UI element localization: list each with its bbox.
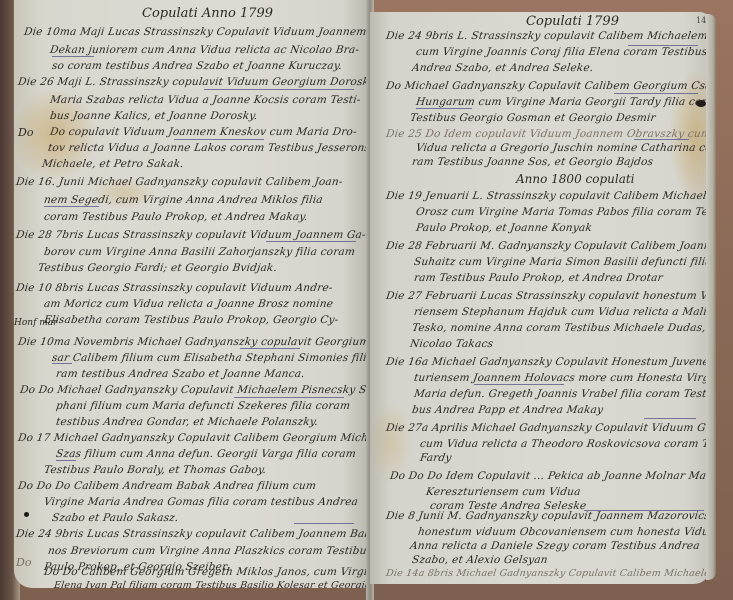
entry-line: Do copulavit Viduum Joannem Kneskov cum …	[49, 126, 357, 138]
entry-line: Die 14a 8bris Michael Gadnyanszky Copula…	[385, 568, 710, 579]
entry-line: Do Do Do Idem Copulavit ... Pekica ab Jo…	[389, 470, 710, 482]
name-underline	[416, 108, 472, 109]
entry-line: cum Vidua relicta a Theodoro Roskovicsov…	[419, 438, 710, 450]
name-underline	[204, 89, 354, 90]
name-underline	[644, 418, 696, 419]
left-page: Copulati Anno 1799 Die 10ma Maji Lucas S…	[14, 0, 370, 588]
entry-line: Do 17 Michael Gadnyanszky Copulavit Cali…	[17, 432, 370, 444]
entry-line: riensem Stephanum Hajduk cum Vidua relic…	[413, 306, 710, 318]
entry-line: Die 19 Jenuarii L. Strassinszky copulavi…	[385, 190, 710, 202]
page-edge	[706, 14, 716, 580]
name-underline	[266, 241, 356, 242]
register-book: Copulati Anno 1799 Die 10ma Maji Lucas S…	[0, 0, 733, 600]
entry-line: Die 10ma Maji Lucas Strassinszky Copulav…	[23, 26, 367, 38]
ink-spot	[24, 512, 29, 517]
name-underline	[52, 56, 94, 57]
name-underline	[294, 523, 354, 524]
entry-line: so coram testibus Andrea Szabo et Joanne…	[51, 60, 343, 72]
entry-line: honestum viduum Obcovaniensem cum honest…	[417, 526, 710, 538]
entry-line: Die 24 9bris Lucas Strassinszky copulavi…	[15, 528, 370, 540]
entry-line: Tesko, nomine Anna coram Testibus Michae…	[411, 322, 710, 334]
name-underline	[628, 45, 698, 46]
right-page: Copulati 1799 14 Die 24 9bris L. Strassi…	[370, 12, 710, 584]
entry-line: testibus Andrea Gondar, et Michaele Pola…	[55, 416, 319, 428]
entry-line: Michaele, et Petro Sakak.	[41, 158, 184, 170]
entry-line: phani filium cum Maria defuncti Szekeres…	[55, 400, 351, 412]
entry-line: Maria Szabas relicta Vidua a Joanne Kocs…	[49, 94, 361, 106]
entry-line: Die 10 8bris Lucas Strassinszky copulavi…	[15, 282, 333, 294]
name-underline	[44, 206, 99, 207]
entry-line: Nicolao Takacs	[409, 338, 494, 350]
name-underline	[634, 139, 689, 140]
entry-line: Virgine Maria Andrea Gomas filia coram t…	[43, 496, 359, 508]
entry-line: tov relicta Vidua a Joanne Lakos coram T…	[47, 142, 370, 154]
entry-line: Kereszturiensem cum Vidua	[425, 486, 581, 498]
entry-line: borov cum Virgine Anna Basilii Zahorjans…	[43, 246, 356, 258]
entry-line: coram Testibus Paulo Prokop, et Andrea M…	[43, 211, 308, 223]
entry-line: Hungarum cum Virgine Maria Georgii Tardy…	[415, 96, 710, 108]
entry-line: Die 28 7bris Lucas Strassinszky copulavi…	[15, 229, 366, 241]
entry-line: Die 27 Februarii Lucas Strassinszky copu…	[385, 290, 710, 302]
entry-line: ram testibus Andrea Szabo et Joanne Manc…	[55, 368, 305, 380]
entry-line: Do Do Michael Gadnyanszky Copulavit Mich…	[19, 384, 370, 396]
entry-line: Elisabetha coram Testibus Paulo Prokop, …	[43, 314, 339, 326]
entry-line: Do Do Calibem Georgium Gregeth Miklos Ja…	[43, 566, 370, 578]
entry-line: Testibus Paulo Boraly, et Thomas Gaboy.	[43, 464, 267, 476]
entry-line: Paulo Prokop, et Joanne Konyak	[415, 222, 593, 234]
name-underline	[56, 460, 76, 461]
name-underline	[614, 93, 698, 94]
entry-line: ram Testibus Joanne Sos, et Georgio Bajd…	[411, 156, 654, 168]
name-underline	[584, 510, 704, 511]
page-number: 14	[696, 16, 706, 25]
entry-margin-date: Do	[16, 556, 31, 569]
entry-line: Vidua relicta a Gregorio Juschin nomine …	[415, 142, 710, 154]
entry-line: nem Segedi, cum Virgine Anna Andrea Mikl…	[43, 194, 323, 206]
name-underline	[240, 348, 300, 349]
entry-line: Die 28 Februarii M. Gadnyanszky Copulavi…	[385, 240, 710, 252]
entry-line: Testibus Georgio Fardi; et Georgio Bvidj…	[37, 262, 278, 274]
entry-line: am Moricz cum Vidua relicta a Joanne Bro…	[43, 298, 334, 310]
entry-line: sar Calibem filium cum Elisabetha Stepha…	[51, 352, 370, 364]
entry-line: nos Breviorum cum Virgine Anna Plaszkics…	[47, 545, 370, 557]
entry-line: bus Joanne Kalics, et Joanne Dorosky.	[49, 110, 258, 122]
entry-line: Fardy	[419, 452, 452, 464]
entry-line: ram Testibus Paulo Prokop, et Andrea Dro…	[413, 272, 663, 284]
entry-line: Die 8 Junii M. Gadnyanszky copulavit Joa…	[385, 510, 710, 522]
entry-line: Orosz cum Virgine Maria Tomas Pabos fili…	[415, 206, 710, 218]
entry-line: turiensem Joannem Holovacs more cum Hone…	[413, 372, 710, 384]
name-underline	[474, 384, 564, 385]
entry-margin-date: Do	[18, 126, 33, 139]
entry-line: Szabo, et Alexio Gelsyan	[411, 554, 548, 566]
entry-line: Die 16a Michael Gadnyanszky Copulavit Ho…	[385, 356, 710, 368]
entry-line: Do Do Do Calibem Andream Babak Andrea fi…	[17, 480, 317, 492]
name-underline	[234, 397, 344, 398]
entry-line: Die 10ma Novembris Michael Gadnyanszky c…	[17, 336, 370, 348]
entry-line: Maria defun. Gregeth Joannis Vrabel fili…	[413, 388, 710, 400]
page-heading: Copulati Anno 1799	[142, 6, 273, 21]
entry-line: Anna relicta a Daniele Szegy coram Testi…	[409, 540, 700, 552]
page-heading: Copulati 1799	[526, 14, 619, 29]
side-note: Honf mar	[14, 318, 57, 328]
entry-line: Szas filium cum Anna defun. Georgii Varg…	[55, 448, 357, 460]
entry-line: bus Andrea Papp et Andrea Makay	[411, 404, 604, 416]
name-underline	[52, 363, 72, 364]
entry-line: Szabo et Paulo Sakasz.	[51, 512, 179, 524]
entry-line: Die 16. Junii Michael Gadnyanszky copula…	[15, 176, 343, 188]
year-heading: Anno 1800 copulati	[516, 172, 635, 186]
entry-line: Suhaitz cum Virgine Maria Simon Basilii …	[413, 256, 710, 268]
entry-line: Die 27a Aprilis Michael Gadnyanszky Copu…	[385, 422, 710, 434]
entry-line: Andrea Szabo, et Andrea Seleke.	[411, 62, 594, 74]
entry-line: Dekan juniorem cum Anna Vidua relicta ac…	[49, 44, 360, 56]
entry-line: Die 26 Maji L. Strassinszky copulavit Vi…	[17, 76, 370, 88]
entry-line: Die 24 9bris L. Strassinszky copulavit C…	[385, 30, 710, 42]
entry-line: Do Michael Gadnyanszky Copulavit Calibem…	[385, 80, 710, 92]
entry-line: cum Virgine Joannis Coraj filia Elena co…	[415, 46, 708, 58]
name-underline	[174, 139, 264, 140]
entry-line: Testibus Georgio Gosman et Georgio Desmi…	[409, 112, 656, 124]
entry-line: Elena Ivan Pal filiam coram Testibus Bas…	[53, 580, 370, 588]
